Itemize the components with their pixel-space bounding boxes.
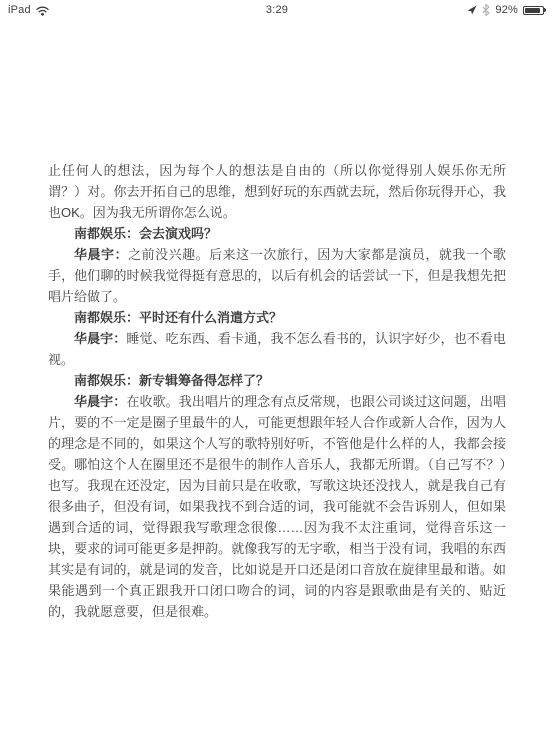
- answer-paragraph-pastime: 华晨宇：睡觉、吃东西、看卡通，我不怎么看书的，认识字好少，也不看电视。: [48, 328, 506, 370]
- answer-paragraph-album: 华晨宇：在收歌。我出唱片的理念有点反常规，也跟公司谈过这问题，出唱片，要的不一定…: [48, 391, 506, 622]
- time-label: 3:29: [266, 4, 288, 16]
- question-heading-pastime: 南都娱乐：平时还有什么消遣方式？: [48, 307, 506, 328]
- battery-percent: 92%: [495, 4, 518, 16]
- bluetooth-icon: [482, 4, 490, 16]
- article-content: 止任何人的想法，因为每个人的想法是自由的（所以你觉得别人娱乐你无所谓？）对。你去…: [48, 160, 506, 622]
- question-heading-acting: 南都娱乐：会去演戏吗？: [48, 223, 506, 244]
- battery-fill: [525, 8, 540, 13]
- answer-text: 在收歌。我出唱片的理念有点反常规，也跟公司谈过这问题，出唱片，要的不一定是圈子里…: [48, 394, 506, 619]
- paragraph-continuation: 止任何人的想法，因为每个人的想法是自由的（所以你觉得别人娱乐你无所谓？）对。你去…: [48, 160, 506, 223]
- status-right: 92%: [467, 4, 547, 16]
- status-bar: iPad 3:29 92%: [0, 0, 554, 20]
- speaker-name: 华晨宇：: [74, 394, 126, 409]
- device-label: iPad: [8, 4, 31, 16]
- battery-icon: [523, 6, 544, 15]
- location-arrow-icon: [467, 5, 477, 15]
- speaker-name: 华晨宇：: [74, 247, 128, 262]
- speaker-name: 华晨宇：: [74, 331, 126, 346]
- wifi-icon: [35, 5, 50, 16]
- question-heading-album: 南都娱乐：新专辑筹备得怎样了？: [48, 370, 506, 391]
- status-left: iPad: [8, 4, 50, 16]
- answer-paragraph-acting: 华晨宇：之前没兴趣。后来这一次旅行，因为大家都是演员，就我一个歌手，他们聊的时候…: [48, 244, 506, 307]
